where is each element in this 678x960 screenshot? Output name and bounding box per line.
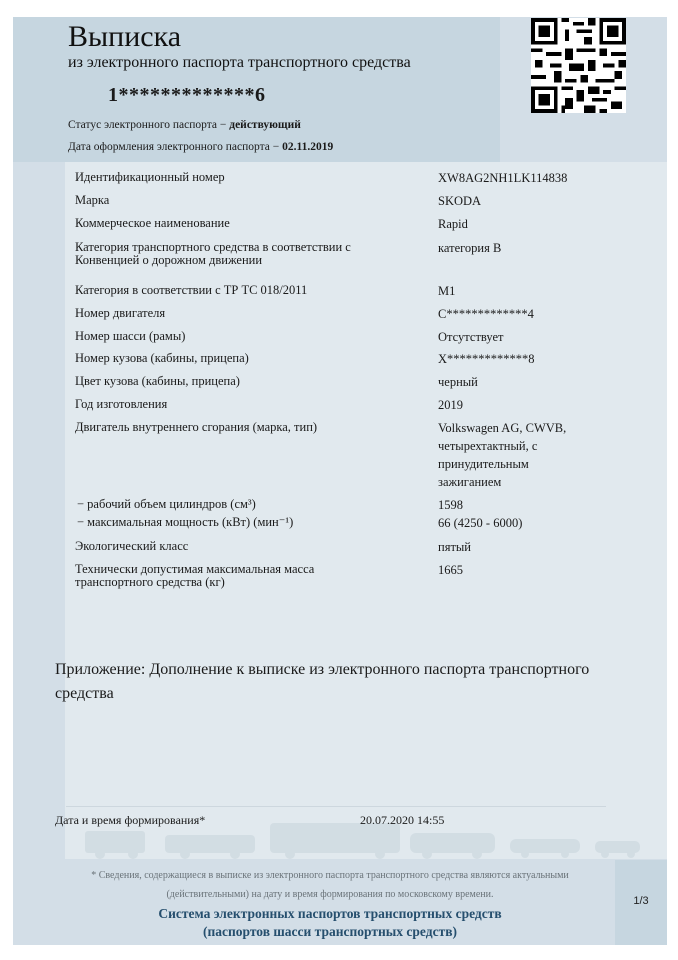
qr-code-icon (531, 18, 626, 113)
row-value: 1665 (438, 561, 608, 579)
passport-status: Статус электронного паспорта − действующ… (68, 117, 301, 133)
document-subtitle: из электронного паспорта транспортного с… (68, 53, 411, 73)
generation-value: 20.07.2020 14:55 (360, 812, 444, 828)
page-number-box: 1/3 (615, 860, 667, 945)
footer-note: * Сведения, содержащиеся в выписке из эл… (70, 866, 590, 904)
system-name: Система электронных паспортов транспортн… (70, 905, 590, 941)
row-label: Двигатель внутреннего сгорания (марка, т… (75, 421, 375, 434)
document-title: Выписка (68, 19, 181, 55)
generation-label: Дата и время формирования* (55, 812, 205, 828)
row-value: SKODA (438, 192, 608, 210)
row-value: 1598 (438, 496, 608, 514)
divider (66, 806, 606, 807)
row-value: пятый (438, 538, 608, 556)
row-value: 66 (4250 - 6000) (438, 514, 608, 532)
row-value: категория В (438, 239, 608, 257)
row-value: XW8AG2NH1LK114838 (438, 169, 608, 187)
row-label: Категория в соответствии с ТР ТС 018/201… (75, 284, 365, 297)
row-label: Номер кузова (кабины, прицепа) (75, 352, 365, 365)
row-label: Цвет кузова (кабины, прицепа) (75, 375, 365, 388)
row-value: Rapid (438, 215, 608, 233)
passport-number: 1*************6 (108, 82, 266, 108)
row-label: Коммерческое наименование (75, 217, 365, 230)
issue-date: Дата оформления электронного паспорта − … (68, 139, 333, 155)
row-label: Экологический класс (75, 540, 365, 553)
row-value: M1 (438, 282, 608, 300)
row-value: X*************8 (438, 350, 608, 368)
row-label: Марка (75, 194, 365, 207)
row-value: Отсутствует (438, 328, 608, 346)
header-panel: Выписка из электронного паспорта транспо… (13, 17, 500, 162)
row-value: 2019 (438, 396, 608, 414)
status-label: Статус электронного паспорта − (68, 119, 229, 131)
row-label: Технически допустимая максимальная масса… (75, 563, 365, 589)
row-label: Год изготовления (75, 398, 365, 411)
status-value: действующий (229, 119, 301, 131)
issue-date-label: Дата оформления электронного паспорта − (68, 141, 282, 153)
row-label: Номер шасси (рамы) (75, 330, 365, 343)
page-number: 1/3 (615, 895, 667, 907)
row-label: − рабочий объем цилиндров (см³) (77, 498, 367, 511)
system-name-line2: (паспортов шасси транспортных средств) (70, 923, 590, 941)
issue-date-value: 02.11.2019 (282, 141, 333, 153)
row-label: Идентификационный номер (75, 171, 365, 184)
appendix-heading: Приложение: Дополнение к выписке из элек… (55, 658, 595, 706)
row-label: Номер двигателя (75, 307, 365, 320)
row-label: Категория транспортного средства в соотв… (75, 241, 365, 267)
row-value: C*************4 (438, 305, 608, 323)
row-value: Volkswagen AG, CWVB, четырехтактный, с п… (438, 419, 588, 491)
row-label: − максимальная мощность (кВт) (мин⁻¹) (77, 516, 367, 529)
system-name-line1: Система электронных паспортов транспортн… (70, 905, 590, 923)
row-value: черный (438, 373, 608, 391)
